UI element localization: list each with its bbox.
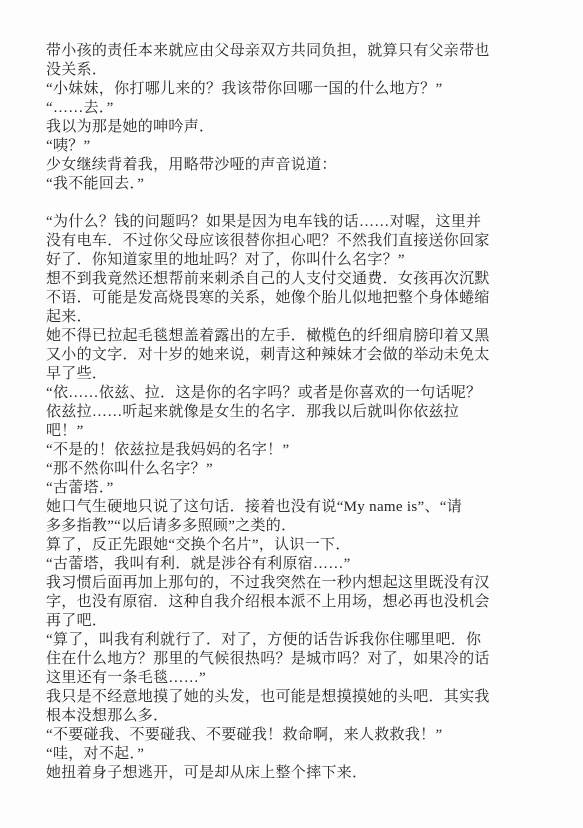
text-line: 多多指教”“以后请多多照顾”之类的． <box>46 517 565 536</box>
text-line: 算了，反正先跟她“交换个名片”，认识一下． <box>46 536 565 555</box>
text-line: 依兹拉……听起来就像是女生的名字．那我以后就叫你依兹拉 <box>46 403 565 422</box>
text-line: “咦？” <box>46 137 565 156</box>
text-line: 她不得已拉起毛毯想盖着露出的左手．橄榄色的纤细肩膀印着又黑 <box>46 327 565 346</box>
text-line: 她口气生硬地只说了这句话．接着也没有说“My name is”、“请 <box>46 498 565 517</box>
text-line: 起来． <box>46 308 565 327</box>
text-line: “古蕾塔．” <box>46 479 565 498</box>
text-line: 吧！” <box>46 422 565 441</box>
text-line: “算了，叫我有利就行了．对了，方便的话告诉我你住哪里吧．你 <box>46 631 565 650</box>
text-line: 根本没想那么多． <box>46 707 565 726</box>
text-line: 又小的文字．对十岁的她来说，刺青这种辣妹才会做的举动未免太 <box>46 346 565 365</box>
text-line: “不是的！依兹拉是我妈妈的名字！” <box>46 441 565 460</box>
text-line: 我只是不经意地摸了她的头发，也可能是想摸摸她的头吧．其实我 <box>46 688 565 707</box>
text-line: 不语．可能是发高烧畏寒的关系，她像个胎儿似地把整个身体蜷缩 <box>46 289 565 308</box>
text-line: 我以为那是她的呻吟声． <box>46 118 565 137</box>
text-line: “小妹妹，你打哪儿来的？我该带你回哪一国的什么地方？” <box>46 80 565 99</box>
book-page: 带小孩的责任本来就应由父母亲双方共同负担，就算只有父亲带也 没关系． “小妹妹，… <box>0 0 583 828</box>
text-line: 我习惯后面再加上那句的，不过我突然在一秒内想起这里既没有汉 <box>46 574 565 593</box>
text-line: 少女继续背着我，用略带沙哑的声音说道： <box>46 156 565 175</box>
text-line: “哇，对不起．” <box>46 745 565 764</box>
text-line: “……去．” <box>46 99 565 118</box>
text-line: “我不能回去．” <box>46 175 565 194</box>
text-line: 早了些． <box>46 365 565 384</box>
text-line: “不要碰我、不要碰我、不要碰我！救命啊，来人救救我！” <box>46 726 565 745</box>
text-line: “那不然你叫什么名字？” <box>46 460 565 479</box>
text-line: 想不到我竟然还想帮前来刺杀自己的人支付交通费．女孩再次沉默 <box>46 270 565 289</box>
text-line: “依……依兹、拉．这是你的名字吗？或者是你喜欢的一句话呢？ <box>46 384 565 403</box>
text-line: “为什么？钱的问题吗？如果是因为电车钱的话……对喔，这里并 <box>46 213 565 232</box>
text-line: 再了吧． <box>46 612 565 631</box>
blank-line <box>46 194 565 213</box>
text-line: 这里还有一条毛毯……” <box>46 669 565 688</box>
text-line: 好了．你知道家里的地址吗？对了，你叫什么名字？” <box>46 251 565 270</box>
text-line: 她扭着身子想逃开，可是却从床上整个摔下来． <box>46 764 565 783</box>
text-line: 字，也没有原宿．这种自我介绍根本派不上用场，想必再也没机会 <box>46 593 565 612</box>
text-line: “古蕾塔，我叫有利．就是涉谷有利原宿……” <box>46 555 565 574</box>
text-line: 没关系． <box>46 61 565 80</box>
text-line: 没有电车．不过你父母应该很替你担心吧？不然我们直接送你回家 <box>46 232 565 251</box>
text-line: 带小孩的责任本来就应由父母亲双方共同负担，就算只有父亲带也 <box>46 42 565 61</box>
text-line: 住在什么地方？那里的气候很热吗？是城市吗？对了，如果冷的话 <box>46 650 565 669</box>
